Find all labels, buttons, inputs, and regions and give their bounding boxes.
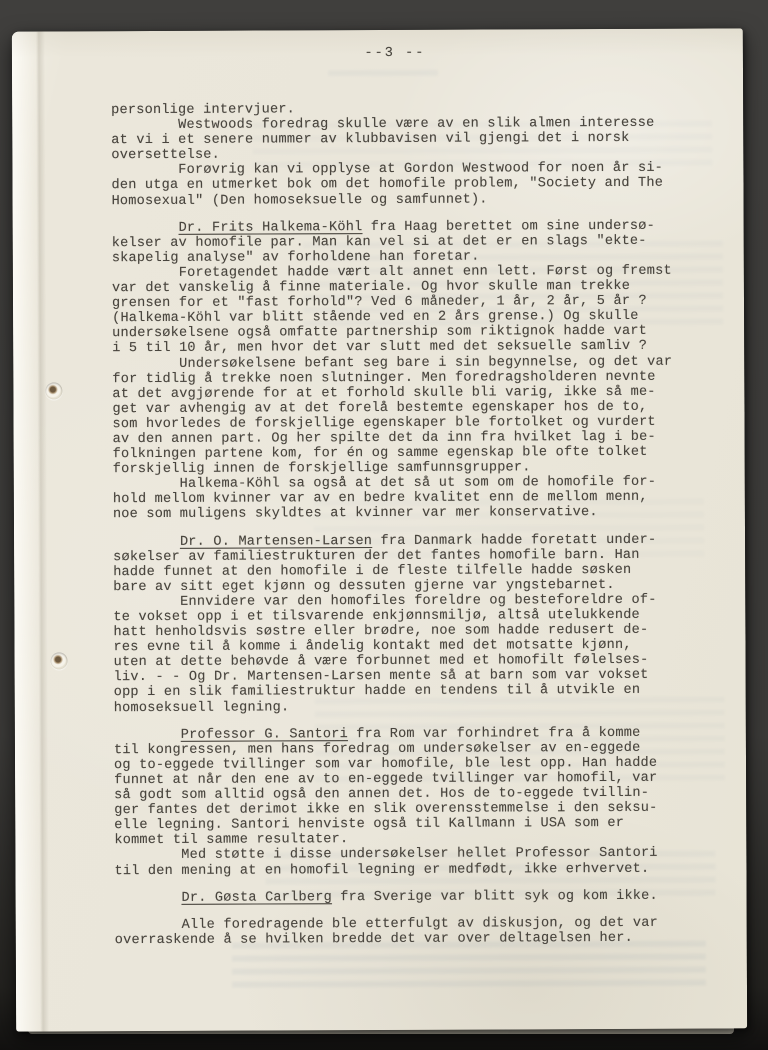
text-line: homoseksuell legning. [114,698,682,716]
page-number: --3 -- [111,45,679,62]
text-segment: skapelig analyse" av forholdene han fore… [112,249,480,266]
text-line: at vi i et senere nummer av klubbavisen … [111,131,679,149]
text-line: den utga en utmerket bok om det homofile… [111,176,679,194]
text-segment: noe som muligens skyldtes at kvinner var… [113,505,598,522]
text-line: Dr. Gøsta Carlberg fra Sverige var blitt… [115,888,683,906]
text-segment: at vi i et senere nummer av klubbavisen … [111,131,629,148]
text-segment: Homosexual" (Den homoseksuelle og samfun… [112,192,488,209]
text-segment: fra Sverige var blitt syk og kom ikke. [332,888,658,904]
underlined-name: Professor G. Santori [181,727,348,743]
paragraph: Professor G. Santori fra Rom var forhind… [114,725,683,878]
text-line: til den mening at en homofil legning er … [114,861,682,879]
text-segment: den utga en utmerket bok om det homofile… [111,176,663,193]
text-segment [113,534,180,549]
text-segment: fra Rom var forhindret fra å komme [348,726,641,742]
paragraph: Alle foredragende ble etterfulgt av disk… [115,915,683,948]
underlined-name: Dr. O. Martensen-Larsen [180,534,372,550]
text-line: opp i en slik familiestruktur hadde en t… [114,683,682,701]
text-segment: fra Danmark hadde foretatt under- [372,532,656,548]
text-segment: overraskende å se hvilken bredde det var… [115,931,633,948]
text-line: noe som muligens skyldtes at kvinner var… [113,505,681,523]
text-line: elle legning. Santori henviste også til … [114,816,682,834]
text-segment: homoseksuell legning. [114,700,290,716]
text-segment: kelser av homofile par. Man kan vel si a… [112,234,647,251]
text-line: kelser av homofile par. Man kan vel si a… [112,233,680,251]
text-segment [112,221,179,236]
paragraph: Dr. O. Martensen-Larsen fra Danmark hadd… [113,532,682,716]
page-body: personlige intervjuer. Westwoods foredra… [111,101,683,948]
paragraph: Dr. Gøsta Carlberg fra Sverige var blitt… [115,888,683,906]
paragraph: personlige intervjuer. Westwoods foredra… [111,101,679,209]
text-segment: opp i en slik familiestruktur hadde en t… [114,683,641,700]
paragraph: Dr. Frits Halkema-Köhl fra Haag berettet… [112,218,681,522]
text-segment: fra Haag berettet om sine undersø- [362,218,655,234]
scanner-background: --3 -- personlige intervjuer. Westwoods … [0,0,768,1050]
underlined-name: Dr. Frits Halkema-Köhl [179,220,363,236]
underlined-name: Dr. Gøsta Carlberg [181,890,332,906]
text-segment: til den mening at en homofil legning er … [114,861,649,878]
text-segment [115,890,182,905]
text-line: folkningen partene kom, for én og samme … [113,445,681,463]
scanned-document-page: --3 -- personlige intervjuer. Westwoods … [12,28,747,1031]
text-segment: elle legning. Santori henviste også til … [114,816,624,833]
text-segment: folkningen partene kom, for én og samme … [113,445,648,462]
text-line: Homosexual" (Den homoseksuelle og samfun… [112,191,680,209]
text-segment [114,728,181,743]
text-line: overraskende å se hvilken bredde det var… [115,930,683,948]
text-segment: oversettelse. [111,148,220,163]
text-segment: kommet til samme resultater. [114,832,348,848]
text-segment: personlige intervjuer. [111,102,295,118]
page-content: --3 -- personlige intervjuer. Westwoods … [12,28,747,1031]
